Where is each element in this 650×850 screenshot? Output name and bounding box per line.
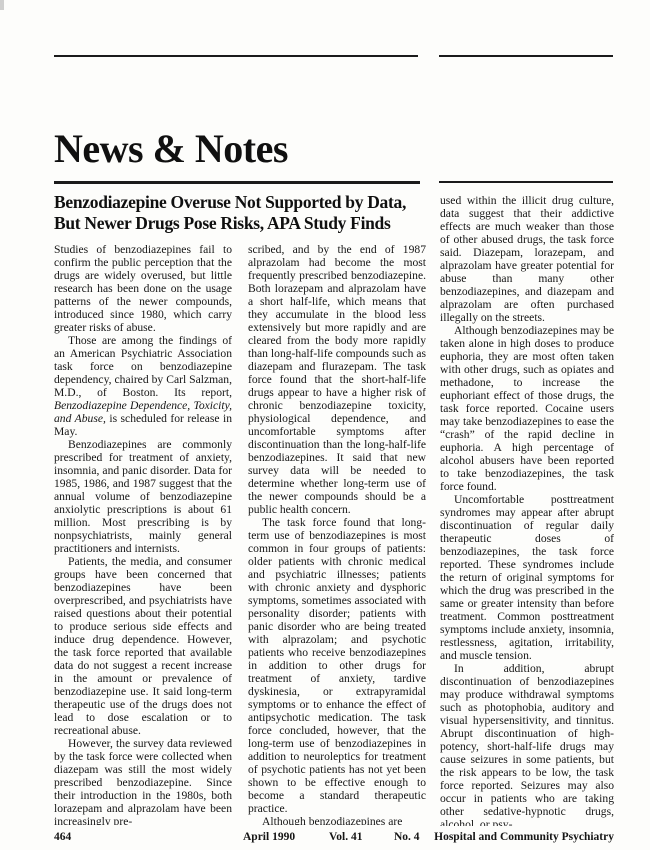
article-paragraph: In addition, abrupt discontinuation of b… [440,662,614,826]
issue-date: April 1990 [243,831,295,843]
article-paragraph: Those are among the findings of an Ameri… [54,334,232,438]
mid-rule-left [54,181,420,184]
article-paragraph: Although benzodiazepines are [248,815,426,825]
issue-number: No. 4 [394,831,420,843]
article-headline: Benzodiazepine Overuse Not Supported by … [54,192,406,234]
article-paragraph: scribed, and by the end of 1987 alprazol… [248,243,426,516]
headline-line-1: Benzodiazepine Overuse Not Supported by … [54,192,406,212]
page-number: 464 [54,831,71,843]
article-paragraph: Benzodiazepines are commonly prescribed … [54,438,232,555]
top-rule-right [439,55,613,57]
article-paragraph: The task force found that long-term use … [248,516,426,815]
article-paragraph: Uncomfortable posttreatment syndromes ma… [440,493,614,662]
article-paragraph: Studies of benzodiazepines fail to confi… [54,243,232,334]
mid-rule-right [439,181,613,183]
article-paragraph: used within the illicit drug culture, da… [440,194,614,324]
journal-name: Hospital and Community Psychiatry [434,831,614,843]
article-paragraph: Patients, the media, and consumer groups… [54,555,232,737]
article-column-3: used within the illicit drug culture, da… [440,194,614,826]
article-paragraph: Although benzodiazepines may be taken al… [440,324,614,493]
scan-artifact [0,0,4,10]
article-column-1: Studies of benzodiazepines fail to confi… [54,243,232,825]
section-title: News & Notes [54,129,288,169]
volume-label: Vol. 41 [329,831,362,843]
journal-page: News & Notes Benzodiazepine Overuse Not … [0,0,650,850]
article-paragraph: However, the survey data reviewed by the… [54,737,232,825]
article-column-2: scribed, and by the end of 1987 alprazol… [248,243,426,825]
headline-line-2: But Newer Drugs Pose Risks, APA Study Fi… [54,213,391,233]
top-rule-left [54,55,418,57]
